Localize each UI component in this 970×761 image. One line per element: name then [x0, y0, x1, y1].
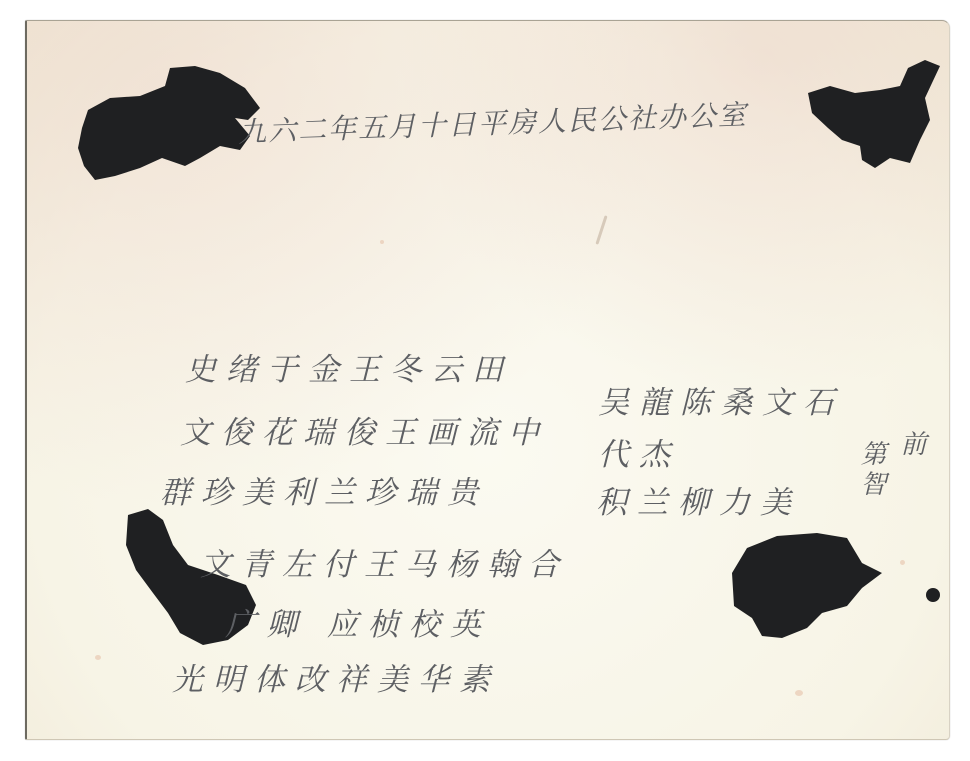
name-list-line: 代杰 — [598, 440, 680, 471]
foxing-speck — [900, 560, 905, 565]
foxing-speck — [795, 690, 803, 696]
glue-blot-bottom-right — [722, 528, 887, 646]
name-list-line: 群珍美利兰珍瑞贵 — [160, 478, 488, 509]
name-list-line: 文俊花瑞俊王画流中 — [180, 418, 549, 449]
name-list-line: 吴龍陈桑文石 — [598, 388, 844, 419]
name-list-line: 广卿 应桢校英 — [225, 610, 491, 641]
glue-blot-top-right — [800, 58, 950, 173]
name-list-line: 光明体改祥美华素 — [172, 665, 500, 696]
name-list-line: 文青左付王马杨翰合 — [200, 550, 569, 581]
name-list-line: 史绪于金王冬云田 — [185, 355, 513, 386]
name-list-line: 积兰柳力美 — [596, 488, 801, 519]
foxing-speck — [95, 655, 101, 660]
foxing-speck — [380, 240, 384, 244]
vertical-note: 前 — [898, 430, 924, 460]
vertical-note: 第智 — [858, 440, 884, 500]
glue-blot-dot — [926, 588, 940, 602]
